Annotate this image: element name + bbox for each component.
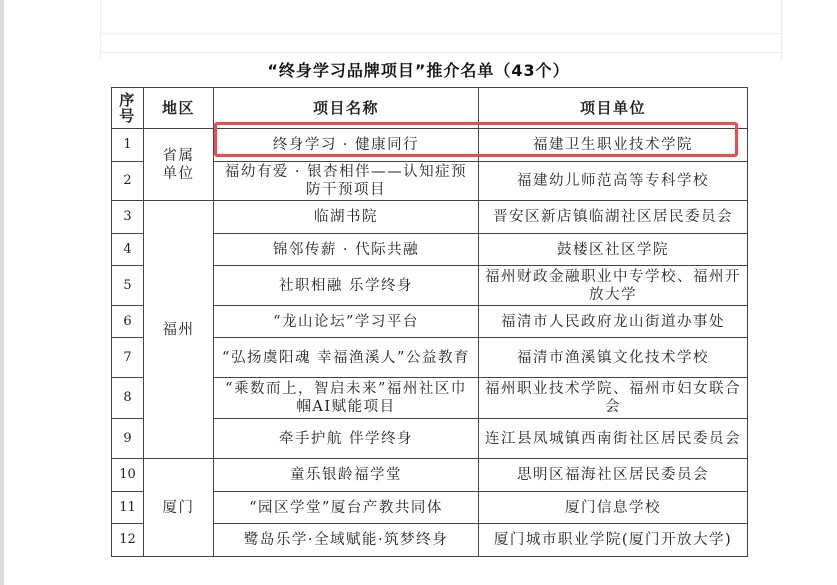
project-name: 福幼有爱 · 银杏相伴——认知症预防干预项目 bbox=[214, 162, 479, 201]
row-seq: 3 bbox=[112, 201, 144, 234]
highlight-box bbox=[214, 122, 738, 157]
project-name: 社职相融 乐学终身 bbox=[214, 266, 479, 306]
row-seq: 5 bbox=[112, 266, 144, 306]
project-unit: 晋安区新店镇临湖社区居民委员会 bbox=[479, 201, 748, 234]
project-unit: 鼓楼区社区学院 bbox=[479, 234, 748, 266]
project-name: “弘扬虞阳魂 幸福渔溪人”公益教育 bbox=[214, 338, 479, 378]
header-region: 地区 bbox=[144, 88, 214, 129]
project-name: “乘数而上，智启未来”福州社区巾帼AI赋能项目 bbox=[214, 378, 479, 419]
region-cell: 厦门 bbox=[144, 459, 214, 557]
row-seq: 9 bbox=[112, 419, 144, 459]
region-cell: 省属单位 bbox=[144, 129, 214, 201]
row-seq: 2 bbox=[112, 162, 144, 201]
project-unit: 福清市渔溪镇文化技术学校 bbox=[479, 338, 748, 378]
region-cell: 福州 bbox=[144, 201, 214, 459]
row-seq: 11 bbox=[112, 492, 144, 524]
recommendation-table: 序号 地区 项目名称 项目单位 1 省属单位 终身学习 · 健康同行 福建卫生职… bbox=[111, 87, 748, 557]
project-unit: 福州职业技术学院、福州市妇女联合会 bbox=[479, 378, 748, 419]
project-unit: 思明区福海社区居民委员会 bbox=[479, 459, 748, 492]
project-unit: 福州财政金融职业中专学校、福州开放大学 bbox=[479, 266, 748, 306]
project-unit: 福清市人民政府龙山街道办事处 bbox=[479, 306, 748, 338]
project-name: 童乐银龄福学堂 bbox=[214, 459, 479, 492]
table-row: 10 厦门 童乐银龄福学堂 思明区福海社区居民委员会 bbox=[112, 459, 748, 492]
row-seq: 12 bbox=[112, 524, 144, 557]
project-unit: 厦门信息学校 bbox=[479, 492, 748, 524]
header-seq: 序号 bbox=[112, 88, 144, 129]
table-row: 3 福州 临湖书院 晋安区新店镇临湖社区居民委员会 bbox=[112, 201, 748, 234]
row-seq: 6 bbox=[112, 306, 144, 338]
row-seq: 8 bbox=[112, 378, 144, 419]
previous-page-bleed bbox=[100, 0, 782, 60]
row-seq: 4 bbox=[112, 234, 144, 266]
project-unit: 连江县凤城镇西南街社区居民委员会 bbox=[479, 419, 748, 459]
project-name: 牵手护航 伴学终身 bbox=[214, 419, 479, 459]
row-seq: 1 bbox=[112, 129, 144, 162]
project-name: “龙山论坛”学习平台 bbox=[214, 306, 479, 338]
project-name: “园区学堂”厦台产教共同体 bbox=[214, 492, 479, 524]
project-unit: 厦门城市职业学院(厦门开放大学) bbox=[479, 524, 748, 557]
row-seq: 7 bbox=[112, 338, 144, 378]
viewer-left-edge bbox=[0, 0, 4, 585]
project-name: 临湖书院 bbox=[214, 201, 479, 234]
document-title: “终身学习品牌项目”推介名单（43个） bbox=[0, 58, 837, 81]
project-name: 鹭岛乐学·全域赋能·筑梦终身 bbox=[214, 524, 479, 557]
project-name: 锦邻传薪 · 代际共融 bbox=[214, 234, 479, 266]
project-unit: 福建幼儿师范高等专科学校 bbox=[479, 162, 748, 201]
row-seq: 10 bbox=[112, 459, 144, 492]
